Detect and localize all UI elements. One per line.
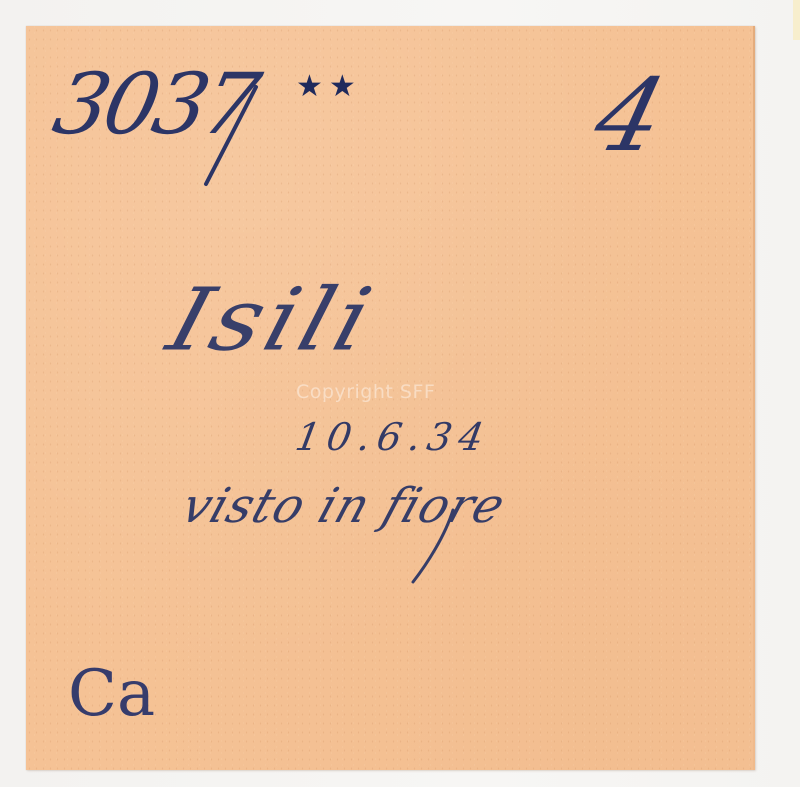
collection-date: 10.6.34 xyxy=(293,418,494,456)
locality-name: Isili xyxy=(160,277,384,363)
collection-note: visto in fiore xyxy=(176,482,511,530)
collector-mark: Ca xyxy=(68,662,155,726)
paper-right-edge xyxy=(753,26,755,770)
adjacent-sheet-edge xyxy=(793,0,800,40)
copyright-watermark: Copyright SFF xyxy=(296,381,435,403)
catalog-number: 3037 xyxy=(47,62,263,146)
star-marks-icon: ★★ xyxy=(296,72,362,102)
